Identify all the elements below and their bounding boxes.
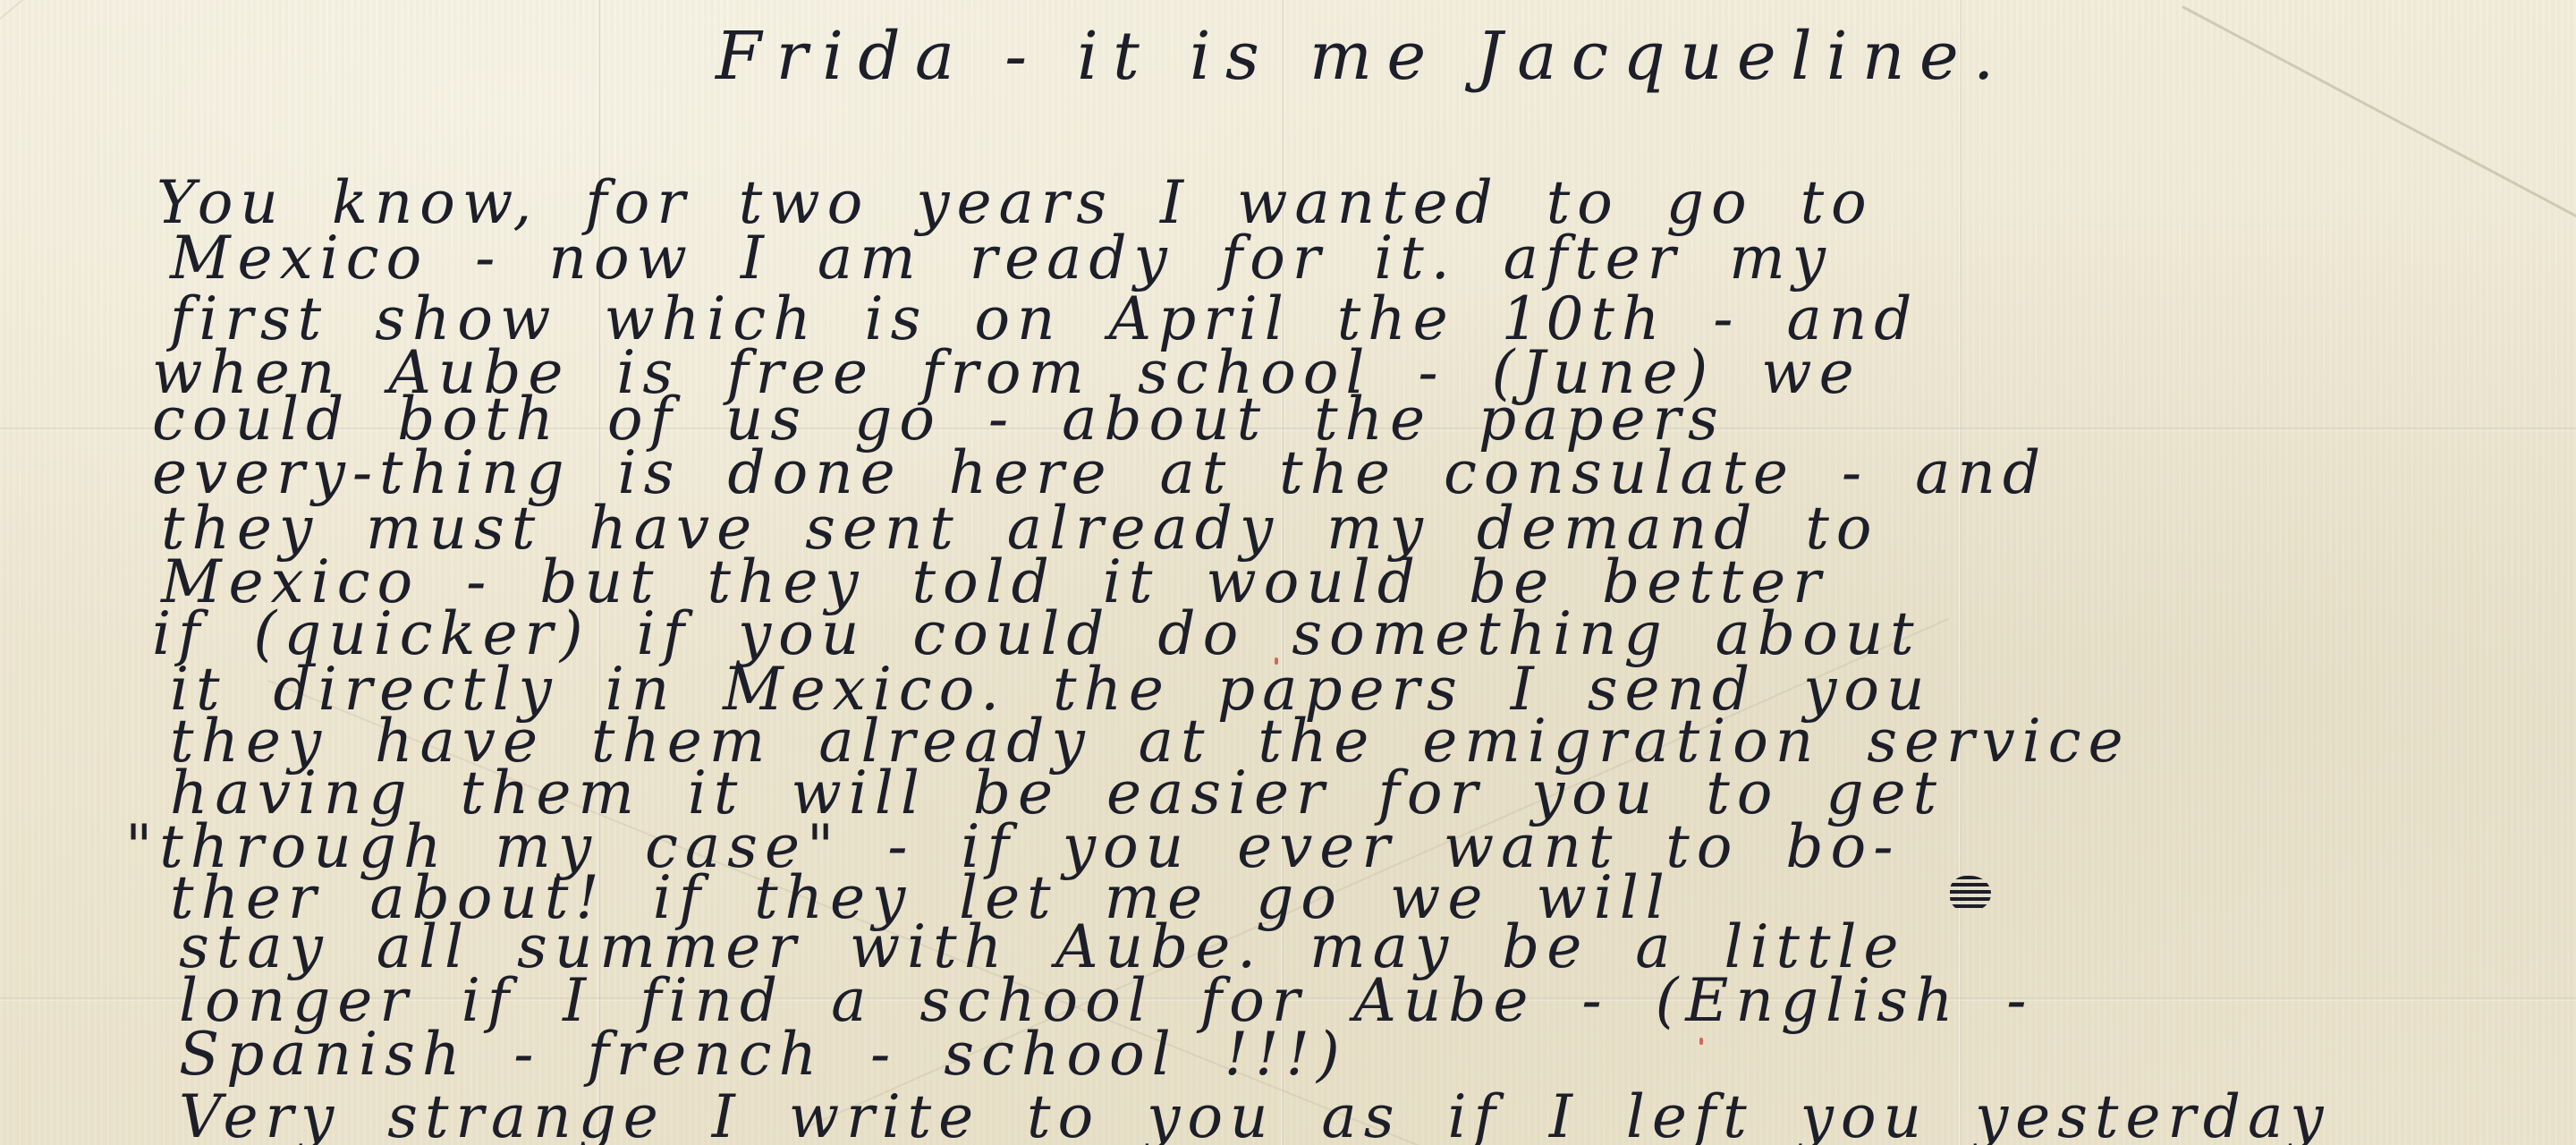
fold-crease-diagonal-topright [2182, 5, 2576, 301]
letter-page: Frida - it is me Jacqueline. You know, f… [0, 0, 2576, 1145]
letter-salutation: Frida - it is me Jacqueline. [716, 18, 2009, 95]
letter-line-2: Mexico - now I am ready for it. after my [170, 224, 1833, 293]
crossed-out-ink-mark [1950, 876, 1991, 912]
letter-line-17: Spanish - french - school !!!) [179, 1020, 1347, 1089]
crease-soft-3 [0, 0, 179, 20]
letter-line-18: Very strange I write to you as if I left… [179, 1082, 2330, 1145]
red-ink-fleck [1699, 1038, 1703, 1045]
